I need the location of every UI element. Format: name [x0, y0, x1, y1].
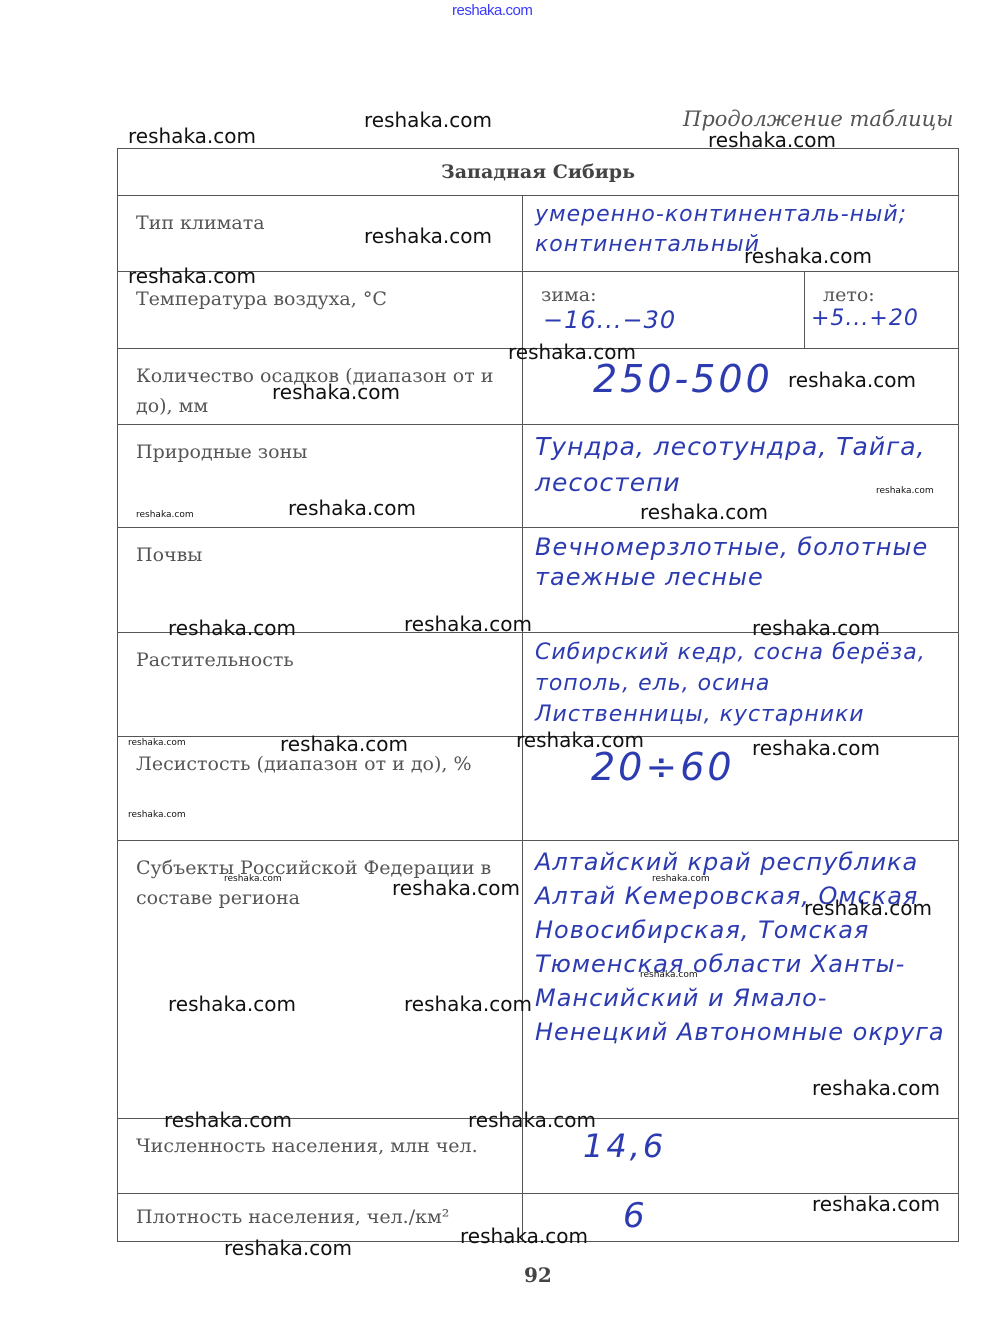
- watermark: reshaka.com: [460, 1224, 588, 1248]
- watermark: reshaka.com: [468, 1108, 596, 1132]
- summer-value: +5...+20: [805, 306, 958, 331]
- page-number: 92: [524, 1263, 552, 1287]
- watermark: reshaka.com: [508, 340, 636, 364]
- watermark: reshaka.com: [652, 874, 710, 884]
- watermark: reshaka.com: [752, 616, 880, 640]
- watermark: reshaka.com: [876, 486, 934, 496]
- watermark: reshaka.com: [640, 500, 768, 524]
- watermark: reshaka.com: [168, 616, 296, 640]
- watermark: reshaka.com: [364, 108, 492, 132]
- watermark: reshaka.com: [136, 510, 194, 520]
- row-label: Почвы: [118, 528, 522, 570]
- watermark: reshaka.com: [128, 124, 256, 148]
- watermark: reshaka.com: [744, 244, 872, 268]
- watermark: reshaka.com: [708, 128, 836, 152]
- watermark: reshaka.com: [812, 1076, 940, 1100]
- watermark: reshaka.com: [788, 368, 916, 392]
- row-value: Вечномерзлотные, болотные таежные лесные: [523, 528, 958, 592]
- row-value: Алтайский край республика Алтай Кемеровс…: [523, 841, 958, 1049]
- site-link[interactable]: reshaka.com: [452, 2, 532, 19]
- row-value: умеренно-континенталь-ный; континентальн…: [523, 196, 958, 260]
- watermark: reshaka.com: [404, 612, 532, 636]
- table-row: Природные зоны Тундра, лесотундра, Тайга…: [118, 425, 959, 528]
- watermark: reshaka.com: [804, 896, 932, 920]
- row-value: Сибирский кедр, сосна берёза, тополь, ел…: [523, 633, 958, 730]
- watermark: reshaka.com: [364, 224, 492, 248]
- table-row: Растительность Сибирский кедр, сосна бер…: [118, 633, 959, 737]
- summer-label: лето:: [805, 272, 958, 306]
- watermark: reshaka.com: [168, 992, 296, 1016]
- watermark: reshaka.com: [128, 810, 186, 820]
- watermark: reshaka.com: [404, 992, 532, 1016]
- watermark: reshaka.com: [392, 876, 520, 900]
- watermark: reshaka.com: [224, 874, 282, 884]
- winter-label: зима:: [523, 272, 804, 306]
- watermark: reshaka.com: [128, 264, 256, 288]
- watermark: reshaka.com: [224, 1236, 352, 1260]
- watermark: reshaka.com: [164, 1108, 292, 1132]
- region-title: Западная Сибирь: [118, 149, 959, 196]
- winter-value: −16...−30: [523, 306, 804, 334]
- watermark: reshaka.com: [752, 736, 880, 760]
- watermark: reshaka.com: [280, 732, 408, 756]
- watermark: reshaka.com: [812, 1192, 940, 1216]
- watermark: reshaka.com: [272, 380, 400, 404]
- watermark: reshaka.com: [640, 970, 698, 980]
- row-label: Природные зоны: [118, 425, 522, 467]
- watermark: reshaka.com: [516, 728, 644, 752]
- watermark: reshaka.com: [128, 738, 186, 748]
- watermark: reshaka.com: [288, 496, 416, 520]
